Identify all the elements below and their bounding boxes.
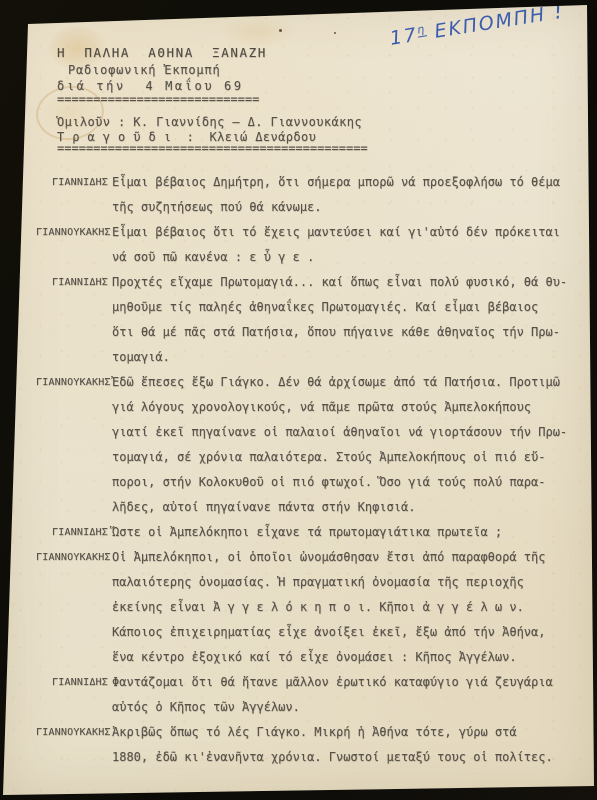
speakers-line: Ὁμιλοῦν : Κ. Γιαννίδης – Δ. Γιαννουκάκης — [57, 115, 362, 129]
speech-line: τομαγιά. — [112, 345, 570, 370]
episode-word: ΕΚΠΟΜΠΗ — [425, 3, 548, 44]
speech-line: Φαντάζομαι ὅτι θά ἤτανε μᾶλλον ἐρωτικό κ… — [112, 670, 570, 695]
speech-line: Οἱ Ἀμπελόκηποι, οἱ ὁποῖοι ὠνομάσθησαν ἔτ… — [112, 545, 570, 570]
speech-line: νά σοῦ πῶ κανένα : ε ὖ γ ε . — [112, 245, 570, 270]
broadcast-date: διά τήν 4 Μαΐου 69 — [57, 79, 244, 93]
dialogue-entry: ΓΙΑΝΝΟΥΚΑΚΗΣ Ἀκριβῶς ὅπως τό λές Γιάγκο.… — [36, 720, 570, 770]
broadcast-subtitle: Ραδιοφωνική Ἐκπομπή — [68, 63, 220, 77]
speaker-label: ΓΙΑΝΝΟΥΚΑΚΗΣ — [36, 370, 112, 520]
speaker-label: ΓΙΑΝΝΟΥΚΑΚΗΣ — [36, 720, 112, 770]
speech-line: 1880, ἐδῶ κι'ἐνανῆντα χρόνια. Γνωστοί με… — [112, 745, 570, 770]
speech-text: Οἱ Ἀμπελόκηποι, οἱ ὁποῖοι ὠνομάσθησαν ἔτ… — [112, 545, 570, 670]
speaker-label: ΓΙΑΝΝΟΥΚΑΚΗΣ — [36, 220, 112, 270]
handwritten-note: 17η ΕΚΠΟΜΠΗ ! — [388, 0, 589, 51]
episode-number: 17 — [388, 24, 419, 50]
speech-line: ὅτι θά μέ πᾶς στά Πατήσια, ὅπου πήγαινε … — [112, 320, 570, 345]
speech-line: Ἀκριβῶς ὅπως τό λές Γιάγκο. Μικρή ἡ Ἀθήν… — [112, 720, 570, 745]
dialogue-entry: ΓΙΑΝΝΙΔΗΣ Φαντάζομαι ὅτι θά ἤτανε μᾶλλον… — [36, 670, 570, 720]
page-title: Η ΠΑΛΗΑ ΑΘΗΝΑ ΞΑΝΑΖΗ — [57, 45, 267, 60]
speech-line: Ὥστε οἱ Ἀμπελόκηποι εἶχανε τά πρωτομαγιά… — [112, 520, 570, 545]
speech-line: ἐκείνης εἶναι Ἀ γ γ ε λ ό κ η π ο ι. Κῆπ… — [112, 595, 570, 620]
speech-text: Εἶμαι βέβαιος Δημήτρη, ὅτι σήμερα μπορῶ … — [112, 170, 570, 220]
speech-line: τῆς συζητήσεως πού θά κάνωμε. — [112, 195, 570, 220]
speech-line: μηθοῦμε τίς παληές ἀθηναΐκες Πρωτομαγιές… — [112, 295, 570, 320]
speech-line: Εἶμαι βέβαιος Δημήτρη, ὅτι σήμερα μπορῶ … — [112, 170, 570, 195]
speech-line: Προχτές εἴχαμε Πρωτομαγιά... καί ὅπως εἶ… — [112, 270, 570, 295]
dialogue-entry: ΓΙΑΝΝΙΔΗΣ Ὥστε οἱ Ἀμπελόκηποι εἶχανε τά … — [36, 520, 570, 545]
dialogue-transcript: ΓΙΑΝΝΙΔΗΣ Εἶμαι βέβαιος Δημήτρη, ὅτι σήμ… — [36, 170, 570, 770]
speech-line: Ἐδῶ ἔπεσες ἔξω Γιάγκο. Δέν θά ἀρχίσωμε ἀ… — [112, 370, 570, 395]
speech-line: ἕνα κέντρο ἐξοχικό καί τό εἶχε ὀνομάσει … — [112, 645, 570, 670]
speaker-label: ΓΙΑΝΝΙΔΗΣ — [36, 520, 112, 545]
speech-line: ποροι, στήν Κολοκυθοῦ οἱ πιό φτωχοί. Ὅσο… — [112, 470, 570, 495]
dialogue-entry: ΓΙΑΝΝΟΥΚΑΚΗΣ Ἐδῶ ἔπεσες ἔξω Γιάγκο. Δέν … — [36, 370, 570, 520]
speaker-label: ΓΙΑΝΝΙΔΗΣ — [36, 170, 112, 220]
speech-line: γιά λόγους χρονολογικούς, νά πᾶμε πρῶτα … — [112, 395, 570, 420]
dialogue-entry: ΓΙΑΝΝΟΥΚΑΚΗΣ Οἱ Ἀμπελόκηποι, οἱ ὁποῖοι ὠ… — [36, 545, 570, 670]
speech-text: Προχτές εἴχαμε Πρωτομαγιά... καί ὅπως εἶ… — [112, 270, 570, 370]
dialogue-entry: ΓΙΑΝΝΙΔΗΣ Εἶμαι βέβαιος Δημήτρη, ὅτι σήμ… — [36, 170, 570, 220]
scanned-page: Η ΠΑΛΗΑ ΑΘΗΝΑ ΞΑΝΑΖΗ Ραδιοφωνική Ἐκπομπή… — [0, 0, 597, 800]
speech-line: Κάποιος ἐπιχειρηματίας εἶχε ἀνοίξει ἐκεῖ… — [112, 620, 570, 645]
separator-line: ========================================… — [57, 141, 368, 155]
speech-text: Ὥστε οἱ Ἀμπελόκηποι εἶχανε τά πρωτομαγιά… — [112, 520, 570, 545]
speaker-label: ΓΙΑΝΝΟΥΚΑΚΗΣ — [36, 545, 112, 670]
speaker-label: ΓΙΑΝΝΙΔΗΣ — [36, 270, 112, 370]
speech-line: Εἶμαι βέβαιος ὅτι τό ἔχεις μαντεύσει καί… — [112, 220, 570, 245]
dialogue-entry: ΓΙΑΝΝΙΔΗΣ Προχτές εἴχαμε Πρωτομαγιά... κ… — [36, 270, 570, 370]
speech-line: παλαιότερης ὀνομασίας. Ἡ πραγματική ὀνομ… — [112, 570, 570, 595]
speech-line: λῆδες, αὐτοί πηγαίνανε πάντα στήν Κηφισι… — [112, 495, 570, 520]
paper-stain — [218, 16, 298, 48]
separator-line: ============================ — [57, 92, 259, 106]
speech-text: Εἶμαι βέβαιος ὅτι τό ἔχεις μαντεύσει καί… — [112, 220, 570, 270]
speech-line: γιατί ἐκεῖ πηγαίνανε οἱ παλαιοί ἀθηναῖοι… — [112, 420, 570, 445]
speech-line: τομαγιά, σέ χρόνια παλαιότερα. Στούς Ἀμπ… — [112, 445, 570, 470]
dialogue-entry: ΓΙΑΝΝΟΥΚΑΚΗΣ Εἶμαι βέβαιος ὅτι τό ἔχεις … — [36, 220, 570, 270]
ink-speck — [279, 29, 282, 32]
speech-text: Φαντάζομαι ὅτι θά ἤτανε μᾶλλον ἐρωτικό κ… — [112, 670, 570, 720]
speech-line: αὐτός ὁ Κῆπος τῶν Ἀγγέλων. — [112, 695, 570, 720]
speech-text: Ἀκριβῶς ὅπως τό λές Γιάγκο. Μικρή ἡ Ἀθήν… — [112, 720, 570, 770]
speaker-label: ΓΙΑΝΝΙΔΗΣ — [36, 670, 112, 720]
speech-text: Ἐδῶ ἔπεσες ἔξω Γιάγκο. Δέν θά ἀρχίσωμε ἀ… — [112, 370, 570, 520]
ink-speck — [334, 32, 336, 34]
exclamation-mark: ! — [552, 0, 567, 25]
